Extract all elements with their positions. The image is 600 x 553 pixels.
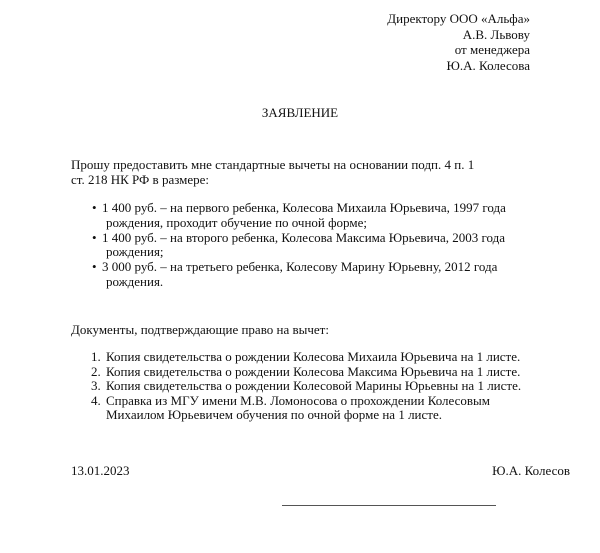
documents-heading: Документы, подтверждающие право на вычет… [71,322,329,337]
bullet-icon: • [92,201,97,216]
document-item: 4. Справка из МГУ имени М.В. Ломоносова … [71,394,531,423]
addressee-line: от менеджера [387,42,530,58]
item-number: 3. [91,379,101,394]
documents-list: 1. Копия свидетельства о рождении Колесо… [71,350,531,423]
item-number: 1. [91,350,101,365]
addressee-line: Ю.А. Колесова [387,58,530,74]
document-title: ЗАЯВЛЕНИЕ [0,105,600,120]
addressee-line: Директору ООО «Альфа» [387,11,530,27]
deductions-list: • 1 400 руб. – на первого ребенка, Колес… [71,201,511,290]
document-text: Копия свидетельства о рождении Колесовой… [106,378,521,393]
document-item: 1. Копия свидетельства о рождении Колесо… [71,350,531,365]
item-number: 2. [91,365,101,380]
deduction-item: • 3 000 руб. – на третьего ребенка, Коле… [71,260,511,290]
addressee-line: А.В. Львову [387,27,530,43]
bullet-icon: • [92,260,97,275]
document-page: Директору ООО «Альфа» А.В. Львову от мен… [0,0,600,553]
item-number: 4. [91,394,101,409]
deduction-text: 1 400 руб. – на первого ребенка, Колесов… [102,201,511,231]
addressee-block: Директору ООО «Альфа» А.В. Львову от мен… [387,11,530,73]
intro-paragraph: Прошу предоставить мне стандартные вычет… [71,157,491,187]
signature-date: 13.01.2023 [71,463,130,478]
deduction-text: 1 400 руб. – на второго ребенка, Колесов… [102,231,511,261]
document-text: Копия свидетельства о рождении Колесова … [106,349,520,364]
document-item: 2. Копия свидетельства о рождении Колесо… [71,365,531,380]
document-text: Копия свидетельства о рождении Колесова … [106,364,520,379]
signature-name: Ю.А. Колесов [492,463,570,478]
document-text: Справка из МГУ имени М.В. Ломоносова о п… [106,393,490,423]
deduction-text: 3 000 руб. – на третьего ребенка, Колесо… [102,260,511,290]
deduction-item: • 1 400 руб. – на второго ребенка, Колес… [71,231,511,261]
document-item: 3. Копия свидетельства о рождении Колесо… [71,379,531,394]
signature-line [282,505,496,506]
bullet-icon: • [92,231,97,246]
deduction-item: • 1 400 руб. – на первого ребенка, Колес… [71,201,511,231]
